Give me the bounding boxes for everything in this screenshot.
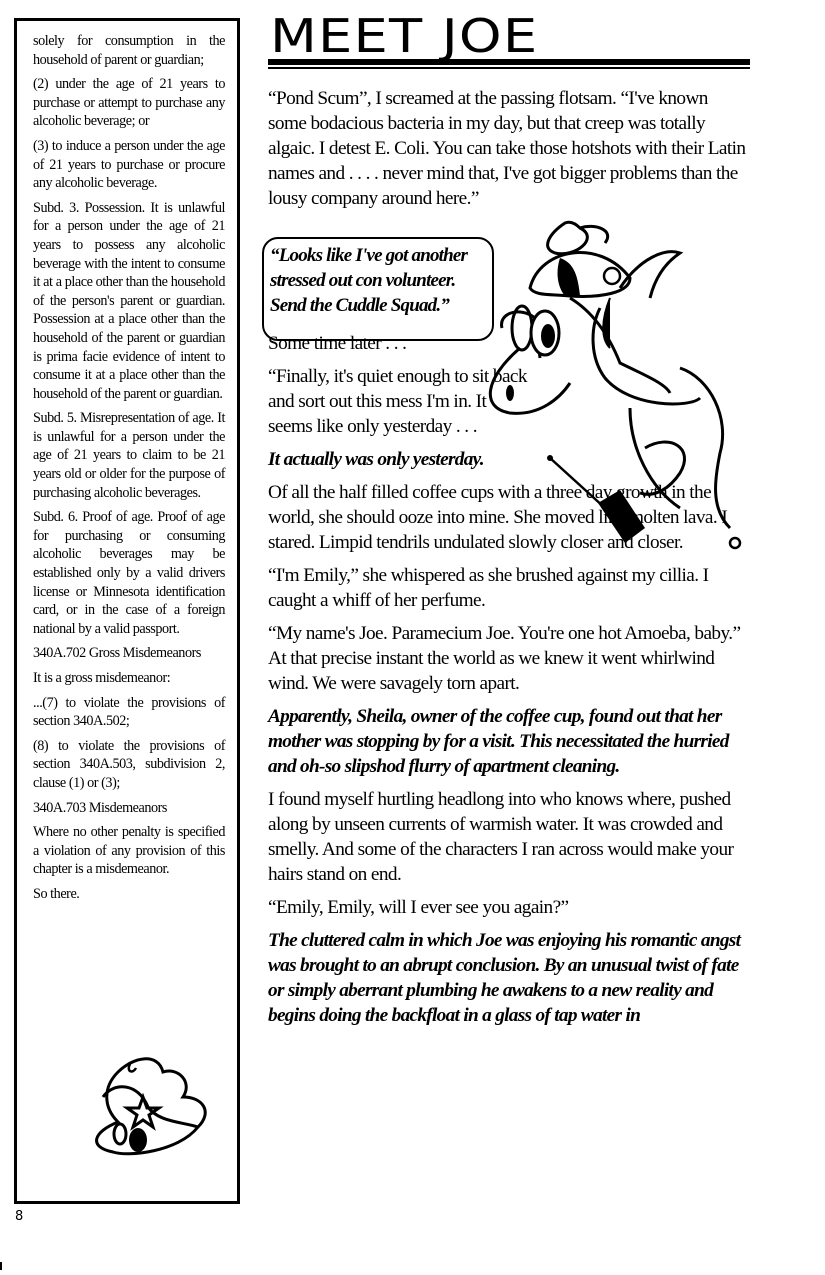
sidebar-paragraph: Subd. 5. Misrepresentation of age. It is…	[33, 409, 225, 502]
speech-bubble: “Looks like I've got another stressed ou…	[262, 237, 494, 341]
sidebar-paragraph: (8) to violate the provisions of section…	[33, 737, 225, 793]
title-rule-thin	[268, 67, 750, 69]
statute-sidebar-box: solely for consumption in the household …	[14, 18, 240, 1204]
sidebar-paragraph: solely for consumption in the household …	[33, 32, 225, 69]
story-paragraph: “My name's Joe. Paramecium Joe. You're o…	[268, 621, 750, 696]
sidebar-paragraph: (3) to induce a person under the age of …	[33, 137, 225, 193]
sidebar-paragraph: Subd. 3. Possession. It is unlawful for …	[33, 199, 225, 404]
page-title: MEET JOE	[270, 14, 825, 58]
article-header: MEET JOE	[268, 14, 750, 69]
story-emphasis: Apparently, Sheila, owner of the coffee …	[268, 704, 750, 779]
sidebar-heading: 340A.702 Gross Misdemeanors	[33, 644, 225, 663]
sidebar-paragraph: (2) under the age of 21 years to purchas…	[33, 75, 225, 131]
sidebar-paragraph: It is a gross misdemeanor:	[33, 669, 225, 688]
sheriff-hat-icon	[88, 1052, 228, 1162]
sidebar-heading: 340A.703 Misdemeanors	[33, 799, 225, 818]
story-emphasis: The cluttered calm in which Joe was enjo…	[268, 928, 750, 1028]
story-paragraph: I found myself hurtling headlong into wh…	[268, 787, 750, 887]
story-paragraph: “Emily, Emily, will I ever see you again…	[268, 895, 750, 920]
sidebar-paragraph: ...(7) to violate the provisions of sect…	[33, 694, 225, 731]
sidebar-paragraph: Where no other penalty is specified a vi…	[33, 823, 225, 879]
story-paragraph: “I'm Emily,” she whispered as she brushe…	[268, 563, 750, 613]
page-number: 8	[15, 1209, 23, 1224]
sidebar-paragraph: Subd. 6. Proof of age. Proof of age for …	[33, 508, 225, 638]
story-paragraph: “Pond Scum”, I screamed at the passing f…	[268, 86, 750, 211]
sidebar-closing: So there.	[33, 885, 225, 904]
horse-mascot-icon	[480, 218, 780, 563]
scan-mark	[0, 1262, 2, 1270]
